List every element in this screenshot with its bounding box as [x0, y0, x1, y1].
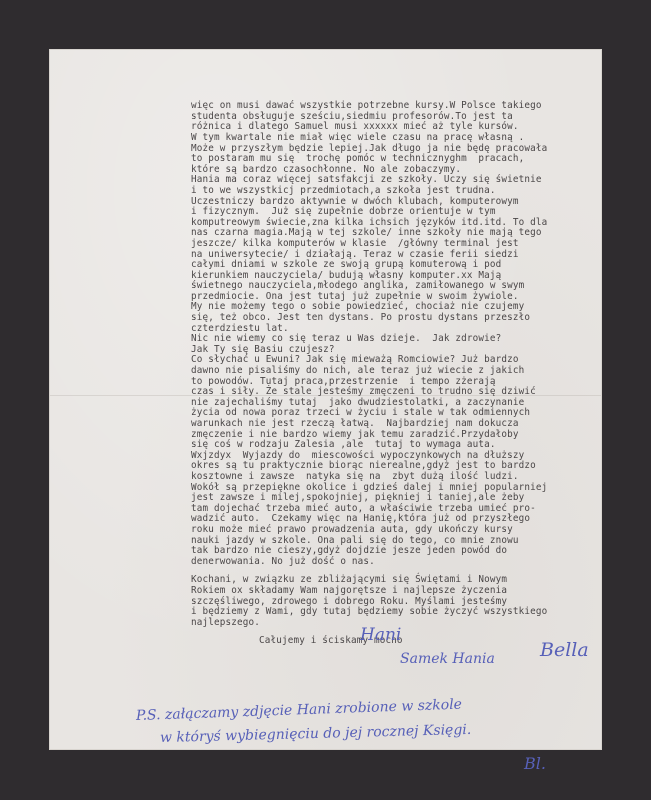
- typed-line: denerwowania. No już dość o nas.: [191, 557, 611, 568]
- typed-closing-line: Rokiem ox składamy Wam najgorętsze i naj…: [191, 586, 611, 597]
- handwritten-hani: Hani: [360, 625, 401, 645]
- typed-line: W tym kwartale nie miał więc wiele czasu…: [191, 133, 611, 144]
- handwritten-postscript-line-1: P.S. załączamy zdjęcie Hani zrobione w s…: [136, 697, 463, 724]
- typed-line: kosztowne i zawsze natyka się na zbyt du…: [191, 472, 611, 483]
- handwritten-postscript-line-2: w któryś wybiegnięciu do jej rocznej Ksi…: [160, 722, 472, 746]
- typed-letter-body: więc on musi dawać wszystkie potrzebne k…: [191, 80, 611, 647]
- letter-page: więc on musi dawać wszystkie potrzebne k…: [50, 50, 601, 749]
- typed-line: jeszcze/ kilka komputerów w klasie /głów…: [191, 239, 611, 250]
- handwritten-signature-bella: Bella: [540, 639, 589, 661]
- typed-line: roku może mieć prawo prowadzenia auta, g…: [191, 525, 611, 536]
- handwritten-signatures: Samek Hania: [400, 651, 495, 667]
- typed-line: i to we wszystkicj przedmiotach,a szkoła…: [191, 186, 611, 197]
- typed-line: warunkach nie jest rzeczą łatwą. Najbard…: [191, 419, 611, 430]
- handwritten-initials: Bl.: [524, 754, 546, 773]
